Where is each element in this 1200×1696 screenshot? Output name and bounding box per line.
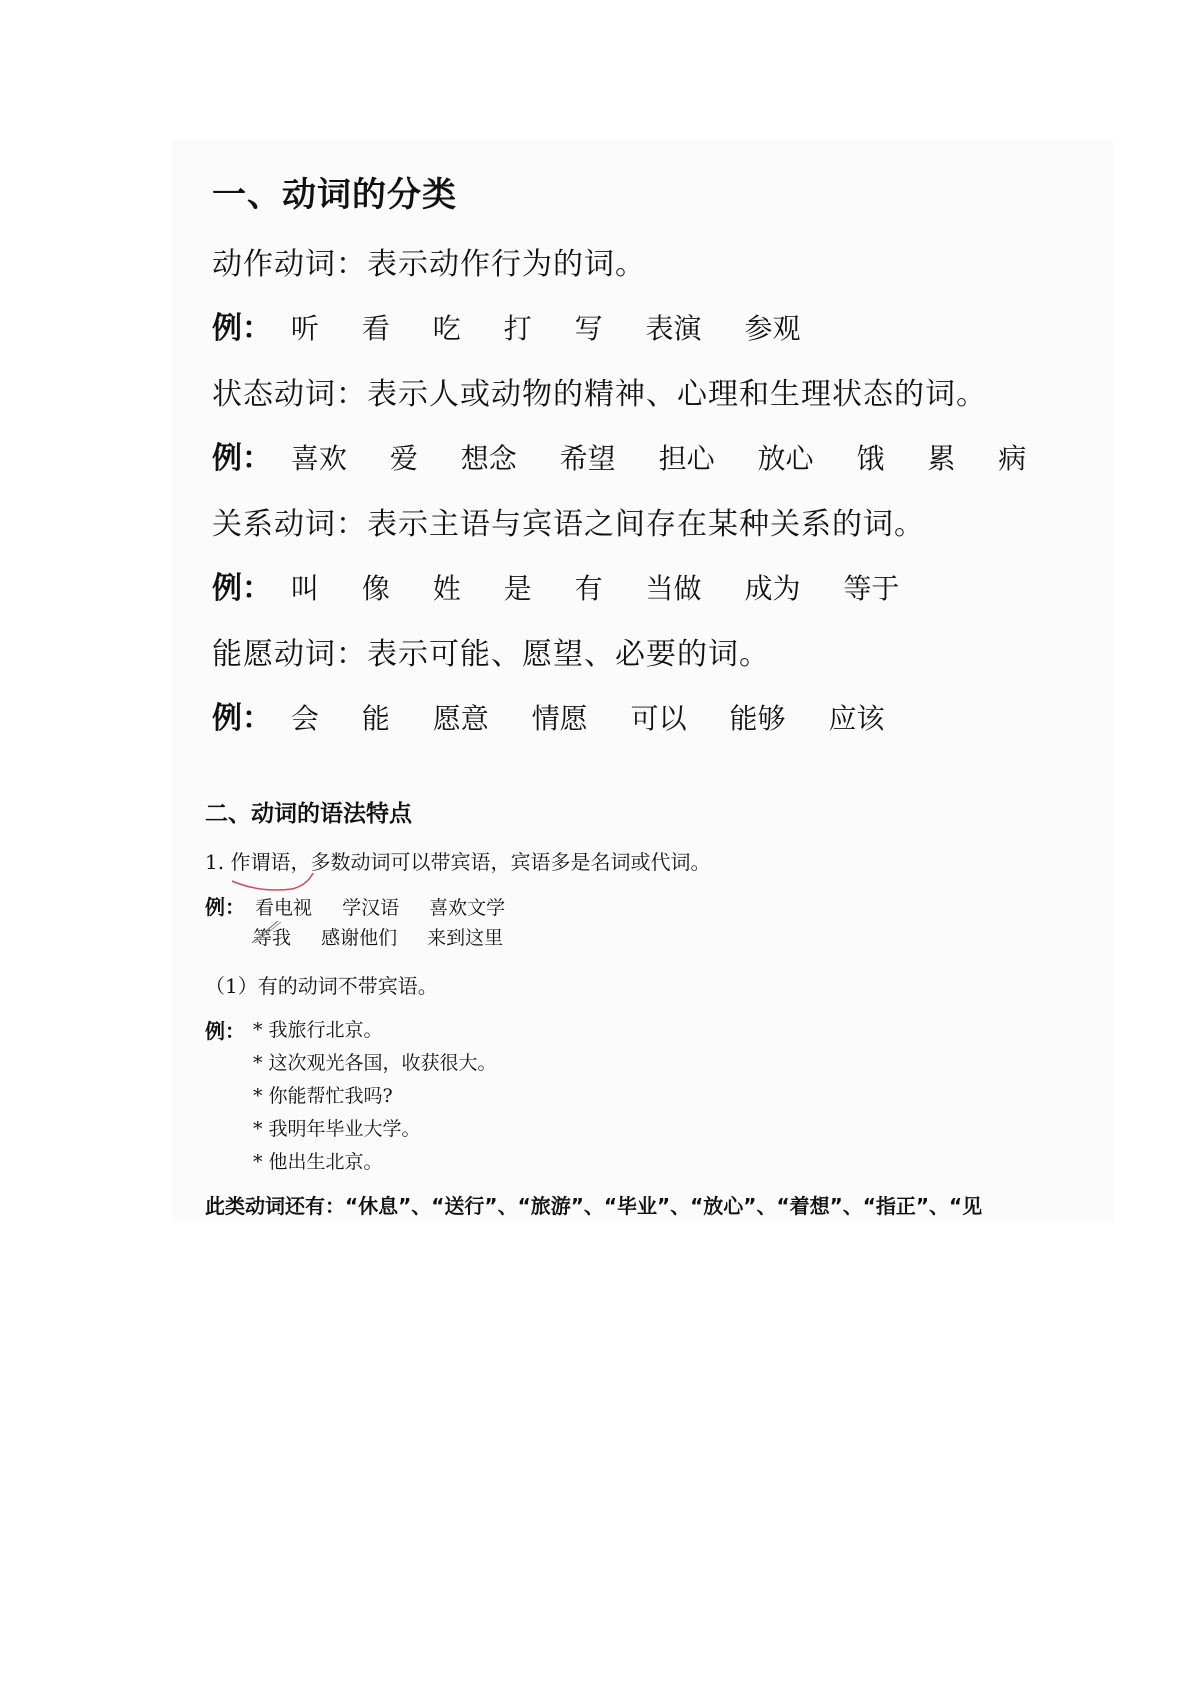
example-word: 应该 (828, 705, 884, 733)
more-verbs-line: 此类动词还有：“休息”、“送行”、“旅游”、“毕业”、“放心”、“着想”、“指正… (205, 1196, 982, 1216)
example-label: 例： (205, 895, 245, 919)
category-definition-relation: 关系动词：表示主语与宾语之间存在某种关系的词。 (212, 510, 925, 540)
subpoint-1: （1）有的动词不带宾语。 (205, 976, 438, 996)
example-word: 姓 (433, 575, 461, 603)
example-word: 表演 (646, 315, 702, 343)
example-word: 听 (291, 315, 319, 343)
point-number: 1. (205, 850, 224, 874)
example-word: 饿 (856, 445, 884, 473)
example-word: 愿意 (433, 705, 489, 733)
example-word: 叫 (291, 575, 319, 603)
example-phrase: 等我 (253, 929, 291, 948)
examples-with-object-row1: 例： 看电视 学汉语 喜欢文学 (205, 897, 529, 918)
section1-heading: 一、动词的分类 (212, 178, 457, 212)
grammar-point-1: 1. 作谓语，多数动词可以带宾语，宾语多是名词或代词。 (205, 852, 710, 872)
example-word: 累 (927, 445, 955, 473)
category-examples-state: 例： 喜欢 爱 想念 希望 担心 放心 饿 累 病 (212, 444, 1060, 474)
section2-heading: 二、动词的语法特点 (205, 803, 412, 826)
category-examples-relation: 例： 叫 像 姓 是 有 当做 成为 等于 (212, 574, 933, 604)
example-word: 放心 (758, 445, 814, 473)
example-word: 有 (575, 575, 603, 603)
wrong-example: * 他出生北京。 (253, 1153, 383, 1172)
example-word: 能 (362, 705, 390, 733)
example-label: 例： (212, 571, 272, 606)
example-label: 例： (212, 311, 272, 346)
example-phrase: 喜欢文学 (429, 899, 505, 918)
example-label: 例： (212, 441, 272, 476)
example-word: 病 (998, 445, 1026, 473)
category-definition-modal: 能愿动词：表示可能、愿望、必要的词。 (212, 640, 770, 670)
example-word: 打 (504, 315, 532, 343)
category-definition-state: 状态动词：表示人或动物的精神、心理和生理状态的词。 (212, 380, 987, 410)
example-word: 是 (504, 575, 532, 603)
example-phrase: 来到这里 (427, 929, 503, 948)
example-word: 希望 (560, 445, 616, 473)
example-word: 可以 (631, 705, 687, 733)
example-phrase: 学汉语 (342, 899, 399, 918)
example-word: 情愿 (532, 705, 588, 733)
example-word: 吃 (433, 315, 461, 343)
wrong-examples-label-row: 例： (205, 1021, 245, 1042)
example-word: 写 (575, 315, 603, 343)
example-word: 担心 (659, 445, 715, 473)
example-word: 等于 (843, 575, 899, 603)
wrong-example: * 我明年毕业大学。 (253, 1120, 421, 1139)
category-definition-action: 动作动词：表示动作行为的词。 (212, 250, 646, 280)
example-word: 能够 (730, 705, 786, 733)
wrong-example: * 这次观光各国，收获很大。 (253, 1054, 497, 1073)
point-highlight: 作谓语， (230, 850, 310, 874)
example-word: 想念 (461, 445, 517, 473)
example-word: 当做 (646, 575, 702, 603)
wrong-example: * 你能帮忙我吗? (253, 1087, 393, 1106)
example-phrase: 感谢他们 (321, 929, 397, 948)
point-text: 多数动词可以带宾语，宾语多是名词或代词。 (310, 850, 710, 874)
example-label: 例： (205, 1019, 245, 1043)
example-word: 像 (362, 575, 390, 603)
example-label: 例： (212, 701, 272, 736)
example-word: 爱 (390, 445, 418, 473)
category-examples-action: 例： 听 看 吃 打 写 表演 参观 (212, 314, 834, 344)
wrong-example: * 我旅行北京。 (253, 1021, 383, 1040)
example-word: 会 (291, 705, 319, 733)
example-word: 喜欢 (291, 445, 347, 473)
example-word: 看 (362, 315, 390, 343)
example-phrase: 看电视 (255, 899, 312, 918)
examples-with-object-row2: 等我 感谢他们 来到这里 (253, 929, 527, 948)
example-word: 成为 (744, 575, 800, 603)
category-examples-modal: 例： 会 能 愿意 情愿 可以 能够 应该 (212, 704, 918, 734)
example-word: 参观 (744, 315, 800, 343)
